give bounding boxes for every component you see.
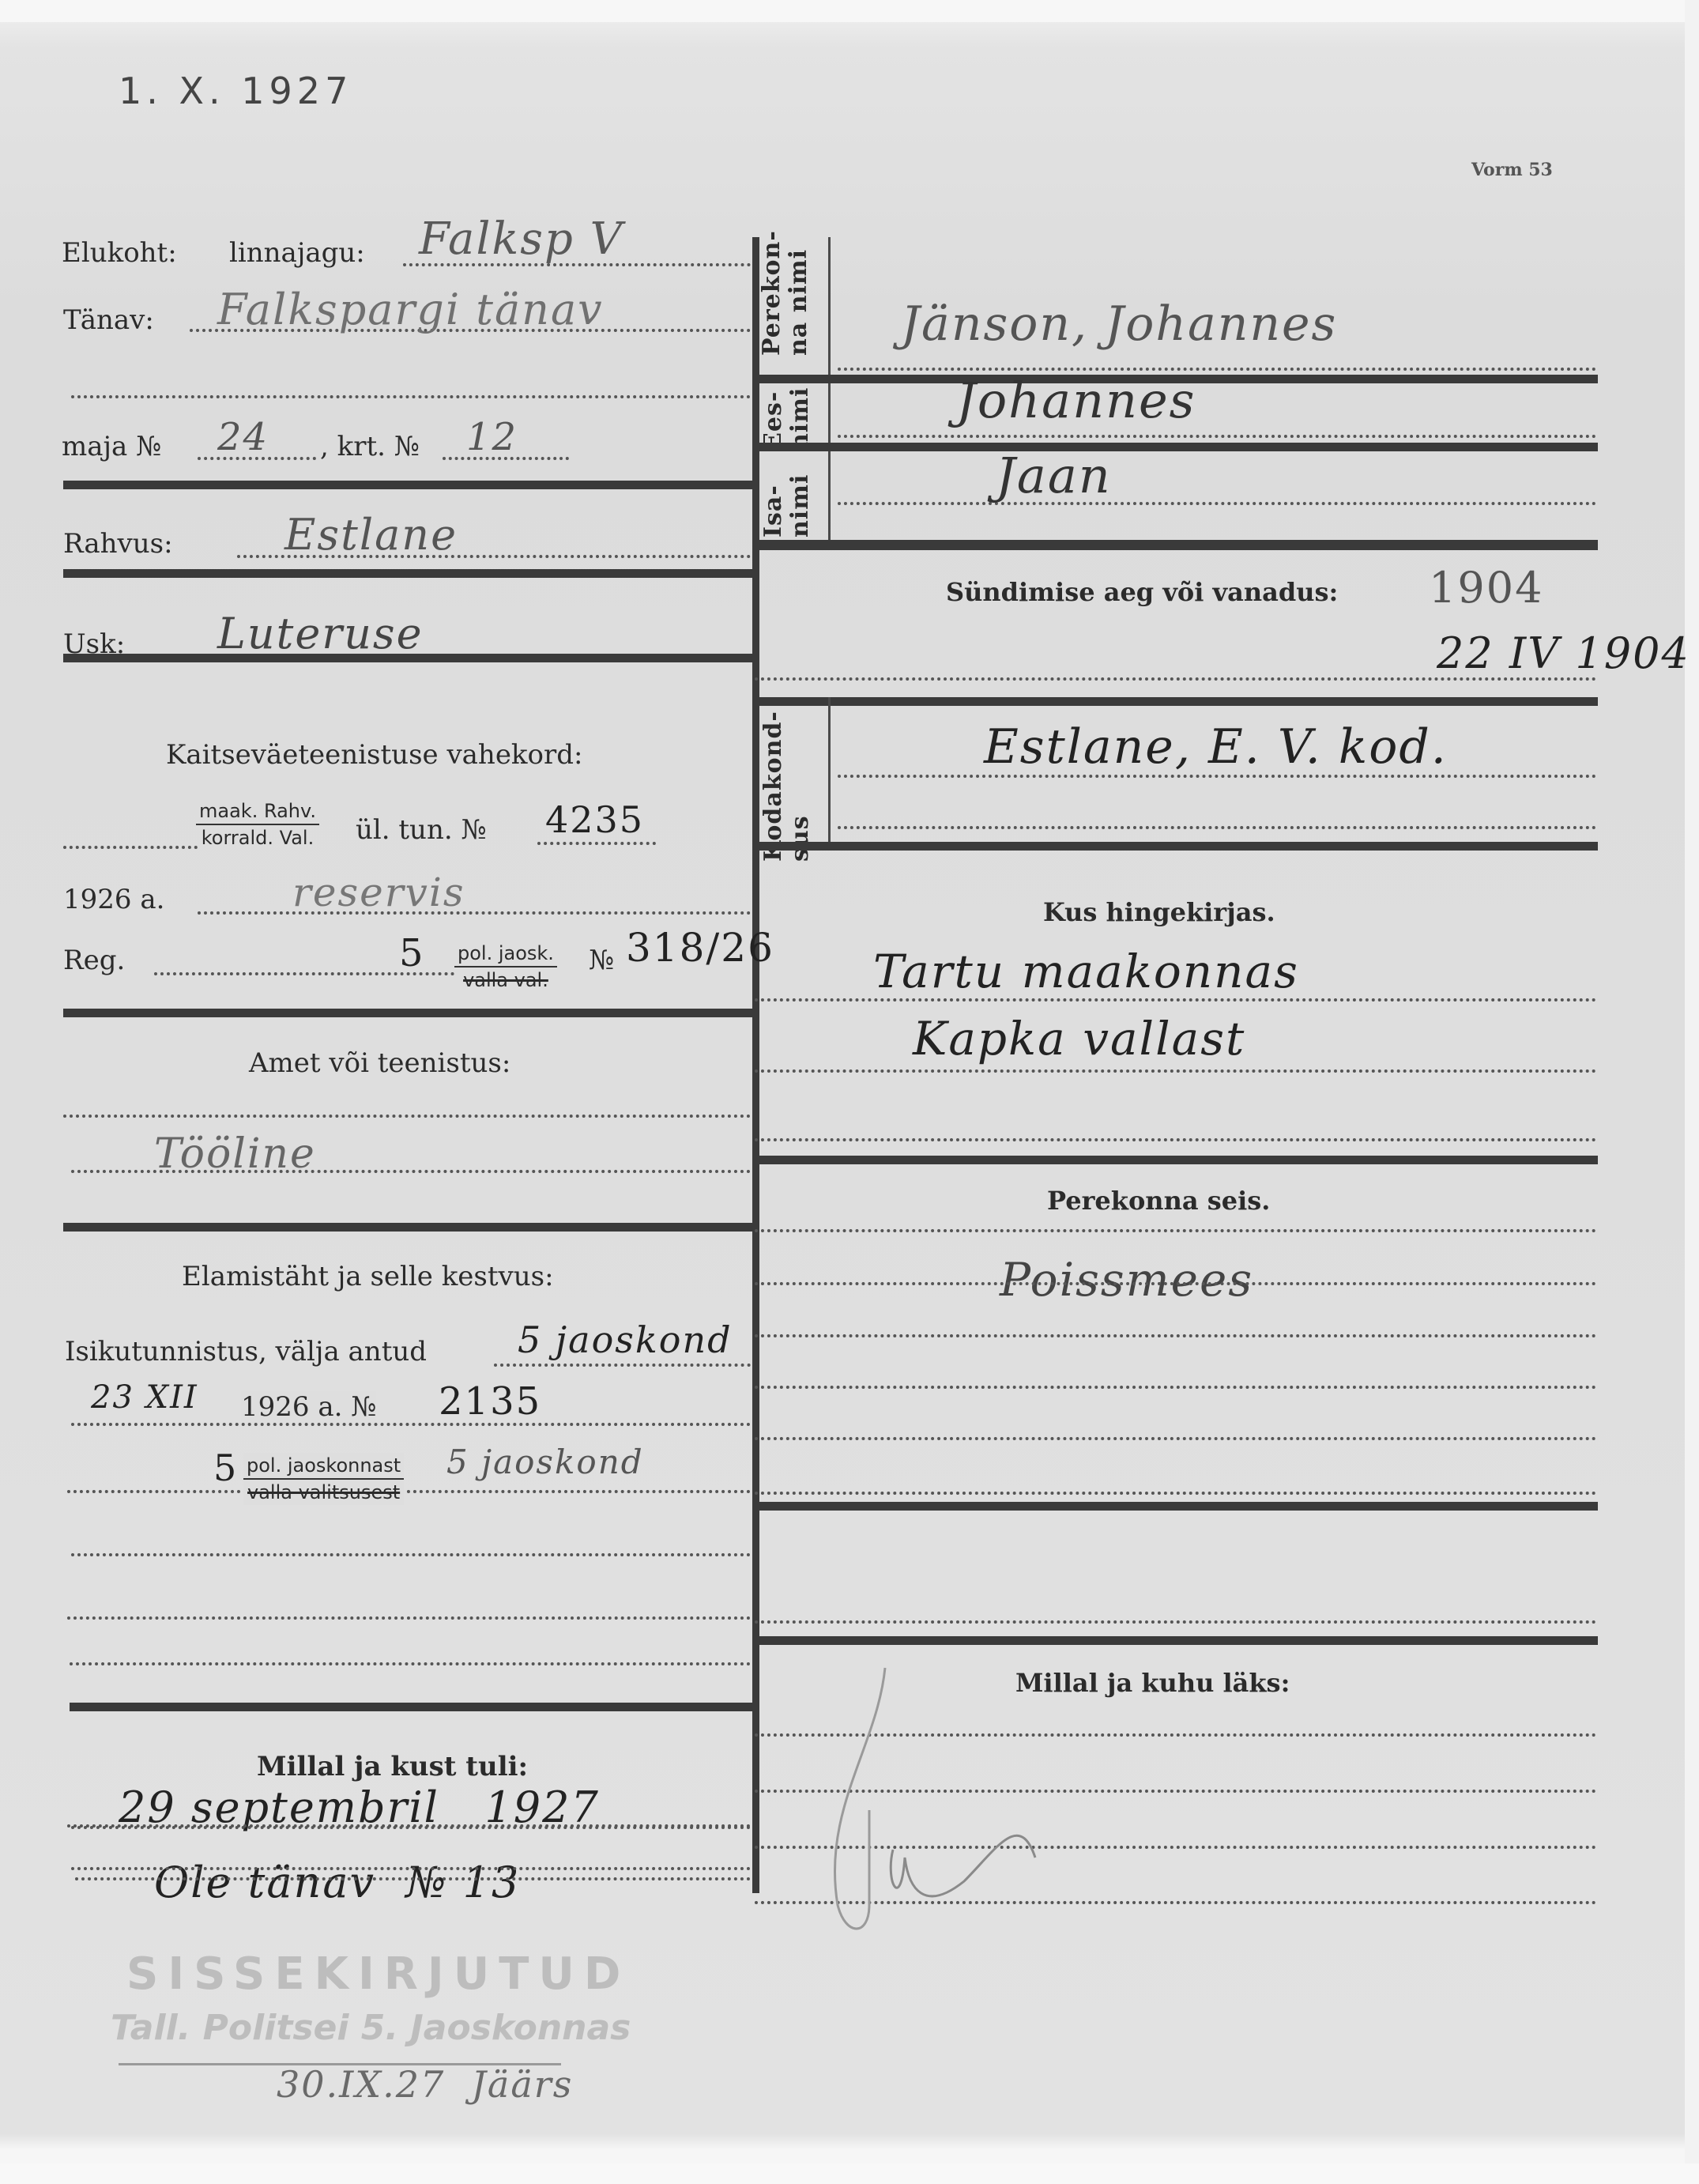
ul-tun-line — [537, 842, 656, 845]
reg-fraction: pol. jaosk. valla val. — [454, 941, 557, 993]
rule-after-military — [63, 1009, 752, 1017]
birth-full-date: 22 IV 1904 — [1437, 628, 1690, 678]
family-dots-6 — [755, 1492, 1596, 1495]
rule-after-citizenship — [752, 842, 1598, 851]
year-line — [198, 911, 751, 915]
father-name-value: Jaan — [996, 447, 1112, 504]
label-reg-no: № — [589, 945, 614, 976]
registration-signature: 30.IX.27 Jäärs — [277, 2063, 573, 2106]
family-dots-1 — [755, 1229, 1596, 1232]
year-value: reservis — [292, 869, 465, 915]
rule-after-address — [63, 481, 752, 489]
issuer-value: 5 jaoskond — [446, 1443, 644, 1481]
occupation-heading: Amet või teenistus: — [249, 1047, 510, 1079]
residence-extra-line-3 — [70, 1662, 751, 1665]
family-dots-3 — [755, 1334, 1596, 1337]
label-maja: maja № — [62, 431, 161, 462]
reg-prefix: 5 — [399, 931, 425, 975]
rule-after-usk — [63, 654, 752, 662]
residence-extra-line-1 — [71, 1553, 751, 1556]
registry-line-2: Kapka vallast — [913, 1012, 1245, 1066]
label-elukoht: Elukoht: — [62, 237, 177, 269]
pencil-scribble — [806, 1652, 1043, 1952]
arrival-line-2: Ole tänav № 13 — [154, 1858, 520, 1907]
family-dots-4 — [755, 1386, 1596, 1389]
label-id-issued: Isikutunnistus, välja antud — [65, 1336, 427, 1367]
family-dots-7 — [755, 1620, 1596, 1624]
first-name-value: Johannes — [956, 372, 1196, 429]
citizenship-line-2 — [838, 826, 1596, 829]
rule-after-family — [752, 1502, 1598, 1511]
id-number: 2135 — [439, 1379, 541, 1424]
name-label-divider — [828, 237, 831, 547]
residence-extra-line-2 — [67, 1616, 751, 1620]
label-linnajagu: linnajagu: — [229, 237, 365, 269]
surname-value: Jänson, Johannes — [901, 296, 1337, 352]
family-dots-5 — [755, 1437, 1596, 1440]
form-number: Vorm 53 — [1471, 160, 1553, 180]
arrival-dots-2 — [71, 1867, 751, 1870]
ul-tun-value: 4235 — [545, 798, 644, 841]
id-date: 23 XII — [91, 1379, 198, 1416]
rule-after-first-name — [752, 443, 1598, 451]
father-name-line — [838, 502, 1596, 505]
registry-dots-2 — [755, 1069, 1596, 1073]
birth-label: Sündimise aeg või vanadus: — [946, 577, 1338, 607]
rule-after-birth — [752, 697, 1598, 706]
birth-year: 1904 — [1429, 563, 1543, 613]
military-prefix-line — [63, 846, 198, 849]
arrival-heading: Millal ja kust tuli: — [257, 1751, 528, 1782]
label-tanav: Tänav: — [63, 304, 154, 336]
arrival-dots-2b — [71, 1826, 751, 1829]
reg-frac-top: pol. jaosk. — [454, 941, 557, 968]
label-first-name: Ees- nimi — [760, 387, 814, 451]
rule-after-registry — [752, 1156, 1598, 1164]
registry-line-1: Tartu maakonnas — [873, 945, 1299, 998]
label-id-year: 1926 a. № — [241, 1391, 376, 1423]
reg-no-value: 318/26 — [626, 925, 774, 971]
frac-top: maak. Rahv. — [196, 798, 319, 825]
rule-after-residence — [70, 1703, 752, 1711]
maja-value: 24 — [217, 415, 269, 459]
address-extra-line — [71, 395, 751, 398]
label-krt: , krt. № — [320, 431, 420, 462]
surname-line — [838, 368, 1596, 371]
family-status-heading: Perekonna seis. — [1047, 1186, 1270, 1216]
scan-border-top — [0, 0, 1699, 22]
military-fraction: maak. Rahv. korrald. Val. — [196, 798, 319, 851]
residence-permit-heading: Elamistäht ja selle kestvus: — [182, 1261, 554, 1292]
date-stamp: 1. X. 1927 — [119, 70, 352, 112]
registration-stamp-line-1: SISSEKIRJUTUD — [126, 1948, 630, 2000]
citizenship-label-divider — [828, 697, 831, 850]
issuer-frac-top: pol. jaoskonnast — [243, 1453, 404, 1480]
departure-heading: Millal ja kuhu läks: — [1015, 1668, 1290, 1698]
label-rahvus: Rahvus: — [63, 528, 173, 560]
label-reg: Reg. — [63, 945, 125, 976]
id-date-line — [71, 1423, 751, 1426]
rule-after-rahvus — [63, 569, 752, 578]
rule-after-occupation — [63, 1223, 752, 1232]
citizenship-line-1 — [838, 775, 1596, 778]
rahvus-value: Estlane — [284, 510, 458, 560]
id-issued-value: 5 jaoskond — [518, 1318, 733, 1361]
id-issued-line — [494, 1364, 751, 1367]
label-year-1926: 1926 a. — [63, 884, 164, 915]
registration-stamp-line-2: Tall. Politsei 5. Jaoskonnas — [111, 2008, 631, 2048]
registry-heading: Kus hingekirjas. — [1043, 897, 1275, 927]
scan-border-right — [1685, 0, 1699, 2184]
occupation-line-2 — [71, 1170, 751, 1173]
label-citizenship: Kodakond- sus — [760, 711, 814, 862]
issuer-line — [67, 1490, 751, 1493]
citizenship-value: Estlane, E. V. kod. — [984, 719, 1448, 775]
military-heading: Kaitseväeteenistuse vahekord: — [166, 739, 582, 771]
linnajagu-value: Falksp V — [419, 213, 623, 265]
arrival-dots-3 — [75, 1877, 751, 1880]
registration-card: 1. X. 1927 Vorm 53 Elukoht: linnajagu: F… — [0, 0, 1699, 2184]
occupation-line-1 — [63, 1115, 751, 1118]
tanav-value: Falkspargi tänav — [217, 285, 604, 334]
issuer-frac-bottom: valla valitsusest — [243, 1480, 404, 1505]
first-name-line — [838, 435, 1596, 438]
label-surname: Perekon- na nimi — [759, 230, 812, 356]
registry-dots-1 — [755, 998, 1596, 1001]
rule-after-father-name-b — [752, 540, 1598, 549]
label-father-name: Isa- nimi — [760, 474, 814, 538]
reg-frac-bottom: valla val. — [454, 968, 557, 993]
rule-before-departure — [752, 1636, 1598, 1645]
issuer-fraction: pol. jaoskonnast valla valitsusest — [243, 1453, 404, 1505]
registry-dots-3 — [755, 1138, 1596, 1141]
birth-line — [755, 677, 1596, 681]
label-ul-tun: ül. tun. № — [356, 814, 487, 846]
frac-bottom: korrald. Val. — [196, 825, 319, 851]
scan-border-bottom — [0, 2163, 1699, 2184]
family-dots-2 — [755, 1282, 1596, 1285]
issuer-prefix: 5 — [213, 1447, 238, 1489]
family-status-value: Poissmees — [1000, 1253, 1253, 1307]
usk-value: Luteruse — [217, 609, 424, 658]
krt-value: 12 — [466, 415, 518, 459]
